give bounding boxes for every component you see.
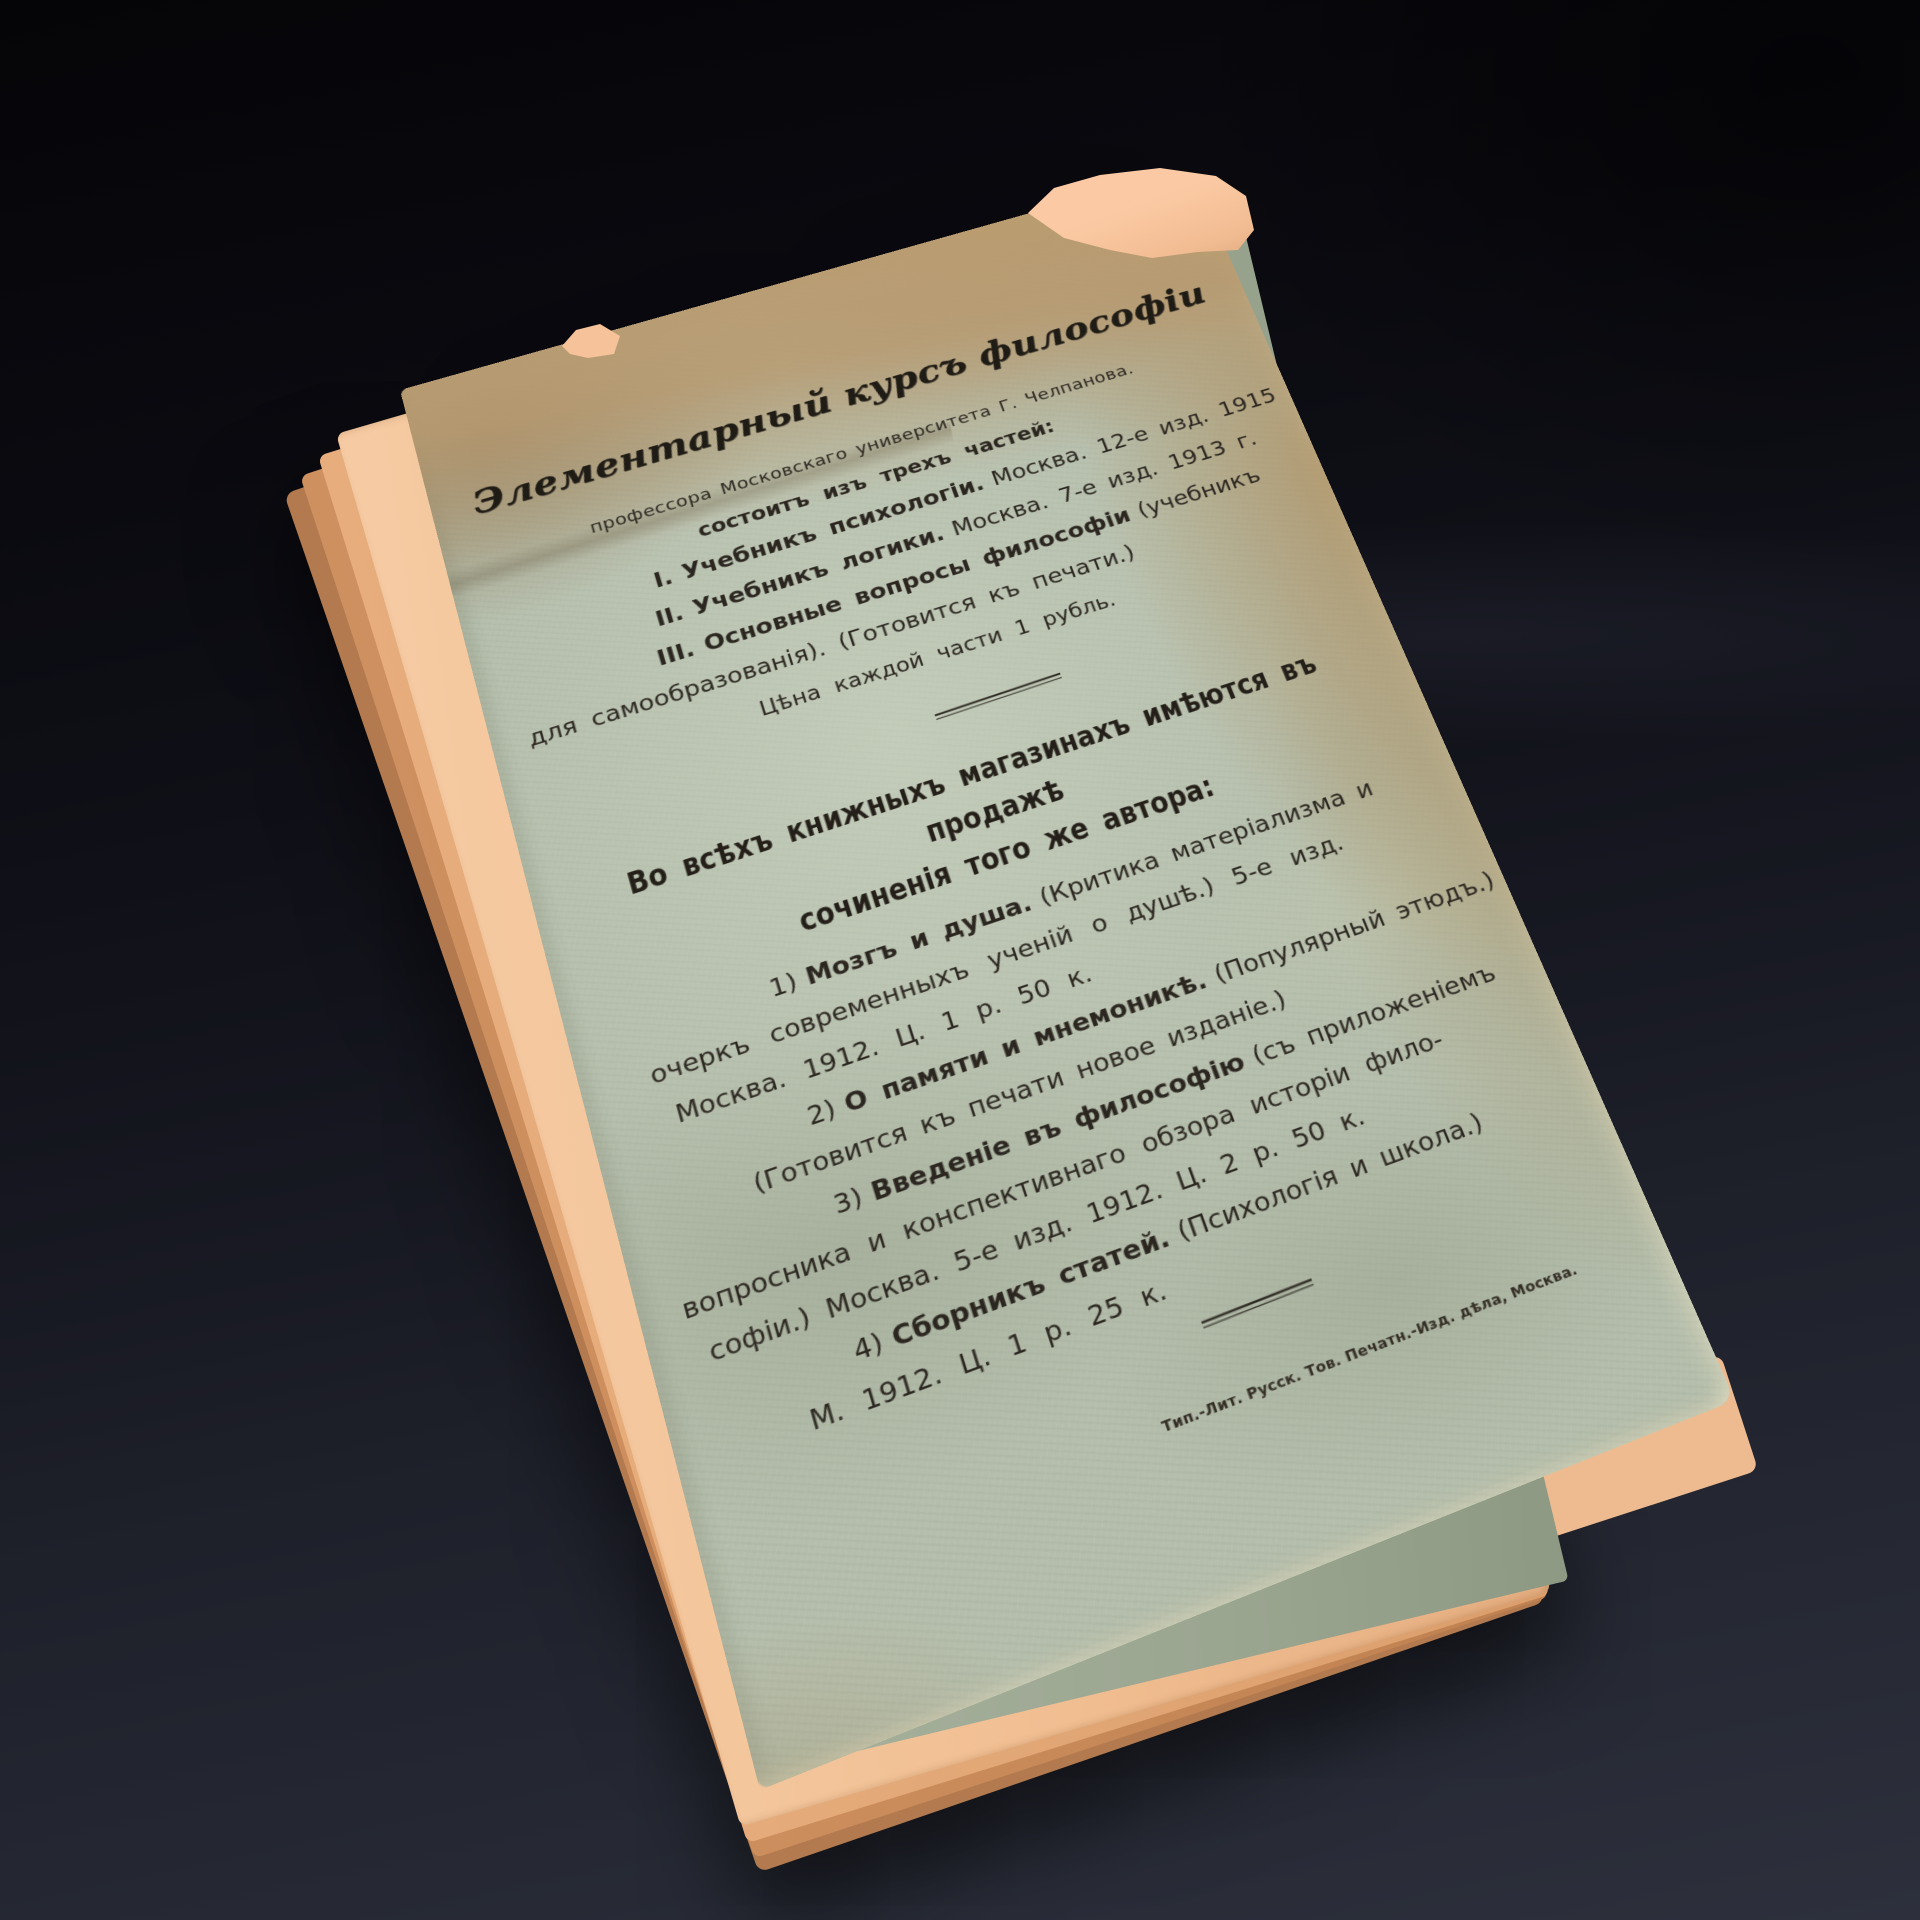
photo-background: Элементарный курсъ философіи профессора …	[0, 0, 1920, 1920]
divider-rule	[934, 672, 1061, 719]
part-numeral: I.	[612, 564, 676, 606]
work-number: 2)	[804, 1095, 839, 1131]
part-numeral: II.	[622, 599, 686, 642]
work-number: 1)	[766, 968, 800, 1003]
work-number: 3)	[830, 1183, 866, 1221]
part-numeral: III.	[633, 635, 698, 679]
work-number: 4)	[850, 1328, 887, 1368]
